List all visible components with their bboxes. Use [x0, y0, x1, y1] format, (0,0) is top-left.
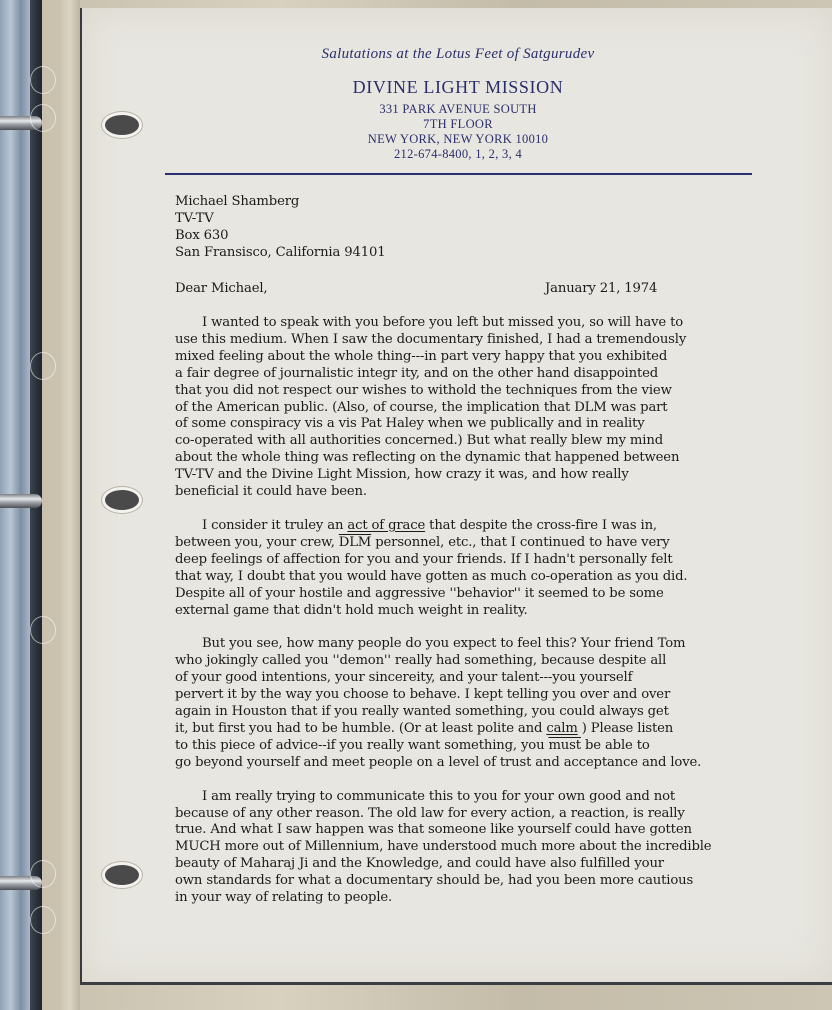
text-line: again in Houston that if you really want… — [175, 704, 785, 721]
text-line: of your good intentions, your sincereity… — [175, 670, 785, 687]
recipient-box: Box 630 — [175, 227, 785, 244]
punch-hole-bottom — [102, 862, 142, 888]
sleeve-hole-outline — [30, 616, 56, 644]
text-line: that you did not respect our wishes to w… — [175, 383, 785, 400]
text-line: Despite all of your hostile and aggressi… — [175, 586, 785, 603]
greeting: Dear Michael, — [175, 281, 267, 296]
letterhead-address: 331 PARK AVENUE SOUTH 7TH FLOOR NEW YORK… — [82, 102, 832, 162]
sleeve-edge — [60, 0, 80, 1010]
text-line: TV-TV and the Divine Light Mission, how … — [175, 467, 785, 484]
punch-hole-middle — [102, 487, 142, 513]
recipient-city: San Fransisco, California 94101 — [175, 244, 785, 261]
text-line: of the American public. (Also, of course… — [175, 400, 785, 417]
underlined-word: calm — [546, 721, 577, 736]
text-line: MUCH more out of Millennium, have unders… — [175, 839, 785, 856]
text-line: co-operated with all authorities concern… — [175, 433, 785, 450]
text-span: I consider it truley an — [202, 518, 347, 533]
text-line: between you, your crew, DLM personnel, e… — [175, 535, 785, 552]
phone-line: 212-674-8400, 1, 2, 3, 4 — [82, 147, 832, 162]
organization-name: DIVINE LIGHT MISSION — [82, 77, 832, 98]
sleeve-hole-outline — [30, 352, 56, 380]
text-line: use this medium. When I saw the document… — [175, 332, 785, 349]
text-line: own standards for what a documentary sho… — [175, 873, 785, 890]
text-span: be able to — [581, 738, 650, 753]
address-line: NEW YORK, NEW YORK 10010 — [82, 132, 832, 147]
paragraph-4: I am really trying to communicate this t… — [175, 789, 785, 907]
paragraph-2: I consider it truley an act of grace tha… — [175, 518, 785, 619]
overlined-word: DLM — [339, 535, 371, 550]
address-line: 331 PARK AVENUE SOUTH — [82, 102, 832, 117]
text-line: true. And what I saw happen was that som… — [175, 822, 785, 839]
paragraph-3: But you see, how many people do you expe… — [175, 636, 785, 771]
letter-body: Michael Shamberg TV-TV Box 630 San Frans… — [175, 193, 785, 907]
recipient-name: Michael Shamberg — [175, 193, 785, 210]
letterhead-divider — [165, 173, 752, 175]
text-line: I consider it truley an act of grace tha… — [175, 518, 785, 535]
binder-ring-middle — [0, 494, 42, 508]
overlined-word: must — [548, 738, 580, 753]
text-line: But you see, how many people do you expe… — [175, 636, 785, 653]
text-line: about the whole thing was reflecting on … — [175, 450, 785, 467]
sleeve-hole-outline — [30, 66, 56, 94]
text-line: external game that didn't hold much weig… — [175, 603, 785, 620]
text-line: because of any other reason. The old law… — [175, 806, 785, 823]
letterhead: Salutations at the Lotus Feet of Satguru… — [82, 46, 832, 162]
text-line: that way, I doubt that you would have go… — [175, 569, 785, 586]
text-line: I wanted to speak with you before you le… — [175, 315, 785, 332]
text-span: it, but first you had to be humble. (Or … — [175, 721, 546, 736]
text-span: to this piece of advice--if you really w… — [175, 738, 548, 753]
text-line: to this piece of advice--if you really w… — [175, 738, 785, 755]
letterhead-salutation: Salutations at the Lotus Feet of Satguru… — [82, 46, 832, 63]
recipient-address: Michael Shamberg TV-TV Box 630 San Frans… — [175, 193, 785, 261]
text-line: who jokingly called you ''demon'' really… — [175, 653, 785, 670]
sleeve-hole-outline — [30, 104, 56, 132]
text-line: a fair degree of journalistic integr ity… — [175, 366, 785, 383]
letter-page: Salutations at the Lotus Feet of Satguru… — [80, 8, 832, 985]
text-line: deep feelings of affection for you and y… — [175, 552, 785, 569]
address-line: 7TH FLOOR — [82, 117, 832, 132]
underlined-phrase: act of grace — [347, 518, 425, 533]
text-line: in your way of relating to people. — [175, 890, 785, 907]
text-line: mixed feeling about the whole thing---in… — [175, 349, 785, 366]
text-span: that despite the cross-fire I was in, — [425, 518, 657, 533]
sleeve-hole-outline — [30, 860, 56, 888]
recipient-company: TV-TV — [175, 210, 785, 227]
text-span: ) Please listen — [578, 721, 673, 736]
text-line: of some conspiracy vis a vis Pat Haley w… — [175, 416, 785, 433]
text-line: I am really trying to communicate this t… — [175, 789, 785, 806]
sleeve-hole-outline — [30, 906, 56, 934]
text-line: pervert it by the way you choose to beha… — [175, 687, 785, 704]
text-line: beneficial it could have been. — [175, 484, 785, 501]
greeting-row: Dear Michael, January 21, 1974 — [175, 281, 785, 298]
text-line: go beyond yourself and meet people on a … — [175, 755, 785, 772]
text-span: personnel, etc., that I continued to hav… — [371, 535, 669, 550]
letter-date: January 21, 1974 — [545, 281, 657, 298]
text-line: it, but first you had to be humble. (Or … — [175, 721, 785, 738]
paragraph-1: I wanted to speak with you before you le… — [175, 315, 785, 501]
text-span: between you, your crew, — [175, 535, 339, 550]
text-line: beauty of Maharaj Ji and the Knowledge, … — [175, 856, 785, 873]
